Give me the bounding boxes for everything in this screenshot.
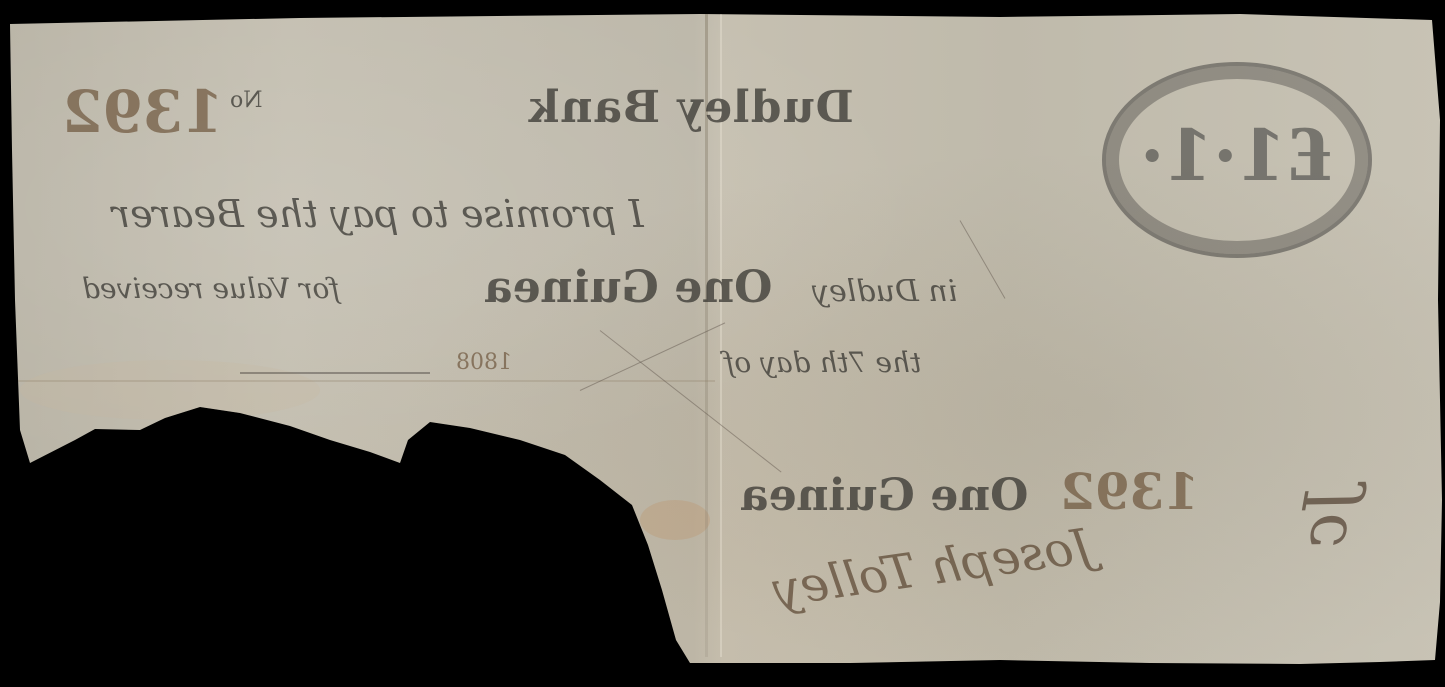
- banknote-paper: 1392 No Dudley Bank I promise to pay the…: [0, 0, 1445, 687]
- serial-number: 1392: [62, 78, 223, 146]
- lower-number-text: 1392: [1060, 462, 1199, 521]
- serial-number-text: 1392: [62, 78, 223, 146]
- signature-text: Joseph Tolley: [770, 518, 1096, 618]
- place-line-text: in Dudley: [812, 274, 957, 309]
- serial-prefix: No: [230, 88, 263, 113]
- lower-denomination-text: One Guinea: [740, 470, 1028, 521]
- lower-denomination: One Guinea: [740, 470, 1028, 521]
- date-line-text: the 7th day of: [724, 346, 921, 379]
- oval-stamp: £1·1·: [1102, 62, 1372, 258]
- pen-stroke: [960, 220, 1006, 298]
- value-line: for Value received: [82, 272, 340, 305]
- denomination-text-value: One Guinea: [484, 262, 772, 313]
- bank-title: Dudley Bank: [528, 82, 854, 133]
- oval-stamp-value: £1·1·: [1140, 114, 1335, 197]
- bank-title-text: Dudley Bank: [528, 82, 854, 133]
- lower-number: 1392: [1060, 462, 1199, 521]
- denomination-text: One Guinea: [484, 262, 772, 313]
- place-line: in Dudley: [812, 274, 957, 309]
- promise-line: I promise to pay the Bearer: [112, 192, 644, 236]
- oval-stamp-text: £1·1·: [1106, 114, 1368, 197]
- date-line: the 7th day of: [724, 346, 921, 379]
- corner-initials-text: Jc: [1285, 480, 1369, 553]
- corner-initials: Jc: [1285, 480, 1369, 553]
- paper-stain: [20, 360, 320, 420]
- date-rule: [240, 372, 430, 374]
- serial-prefix-text: No: [230, 88, 263, 113]
- signature: Joseph Tolley: [770, 518, 1096, 618]
- photo-background: 1392 No Dudley Bank I promise to pay the…: [0, 0, 1445, 687]
- paper-stain: [640, 500, 710, 540]
- promise-line-text: I promise to pay the Bearer: [112, 192, 644, 236]
- year-fragment: 1808: [456, 350, 512, 375]
- value-line-text: for Value received: [82, 272, 340, 305]
- fold-crease: [15, 380, 715, 382]
- year-fragment-text: 1808: [456, 350, 512, 375]
